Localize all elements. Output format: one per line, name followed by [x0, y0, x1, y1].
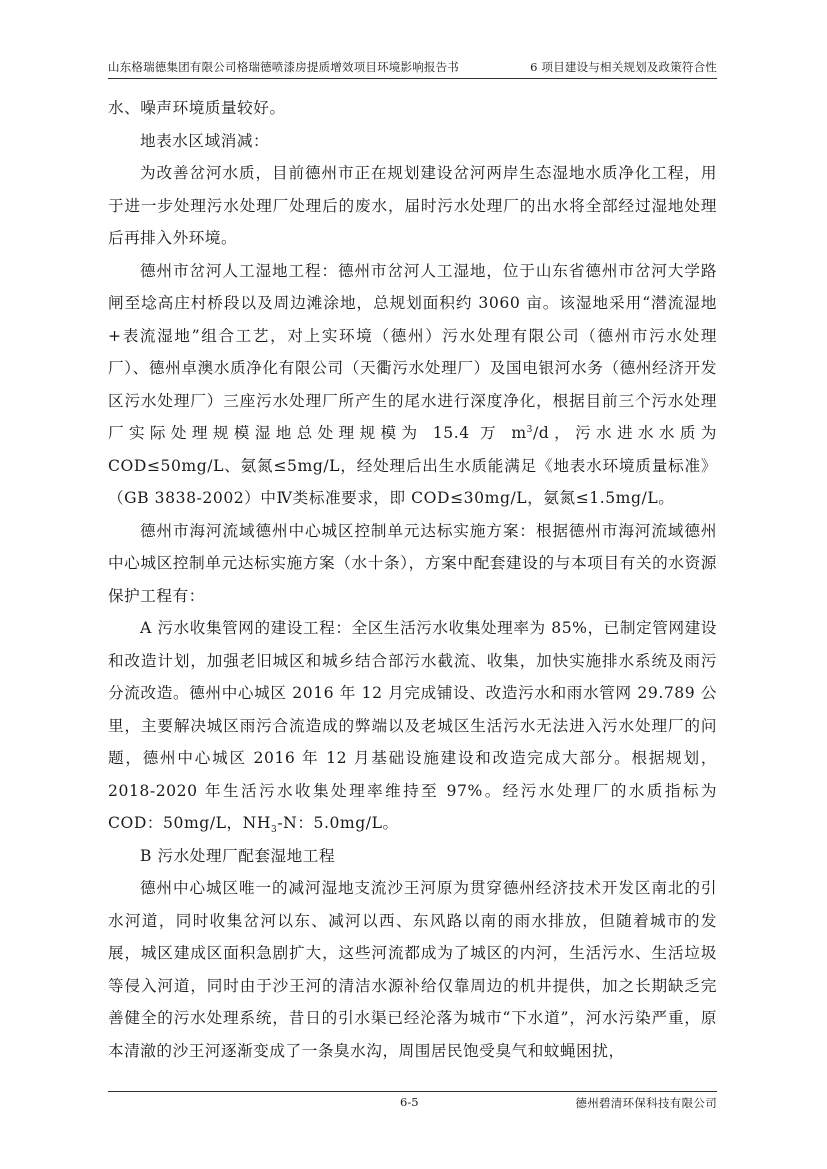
paragraph-chahe-improvement: 为改善岔河水质，目前德州市正在规划建设岔河两岸生态湿地水质净化工程，用于进一步处… — [108, 157, 717, 255]
page-header: 山东格瑞德集团有限公司格瑞德喷漆房提质增效项目环境影响报告书 6 项目建设与相关… — [108, 58, 717, 79]
page-number: 6-5 — [400, 1095, 419, 1109]
footer-company: 德州碧清环保科技有限公司 — [575, 1095, 717, 1111]
paragraph-intro-tail: 水、噪声环境质量较好。 — [108, 92, 717, 125]
paragraph-haihe-plan: 德州市海河流域德州中心城区控制单元达标实施方案：根据德州市海河流域德州中心城区控… — [108, 515, 717, 613]
paragraph-chahe-wetland: 德州市岔河人工湿地工程：德州市岔河人工湿地，位于山东省德州市岔河大学路闸至埝高庄… — [108, 255, 717, 515]
text-run: A 污水收集管网的建设工程：全区生活污水收集处理率为 85%，已制定管网建设和改… — [108, 619, 717, 832]
text-run: -N：5.0mg/L。 — [277, 814, 398, 832]
report-title: 山东格瑞德集团有限公司格瑞德喷漆房提质增效项目环境影响报告书 — [108, 58, 459, 76]
chapter-title: 6 项目建设与相关规划及政策符合性 — [530, 58, 717, 76]
paragraph-shawang-river: 德州中心城区唯一的减河湿地支流沙王河原为贯穿德州经济技术开发区南北的引水河道，同… — [108, 872, 717, 1067]
paragraph-b-heading: B 污水处理厂配套湿地工程 — [108, 840, 717, 873]
document-body: 水、噪声环境质量较好。 地表水区域消减： 为改善岔河水质，目前德州市正在规划建设… — [108, 92, 717, 1067]
paragraph-heading-surface-water: 地表水区域消减： — [108, 125, 717, 158]
text-run: 德州市岔河人工湿地工程：德州市岔河人工湿地，位于山东省德州市岔河大学路闸至埝高庄… — [108, 262, 717, 443]
paragraph-a-sewer-network: A 污水收集管网的建设工程：全区生活污水收集处理率为 85%，已制定管网建设和改… — [108, 612, 717, 840]
page-footer: 6-5 德州碧清环保科技有限公司 — [108, 1091, 717, 1112]
